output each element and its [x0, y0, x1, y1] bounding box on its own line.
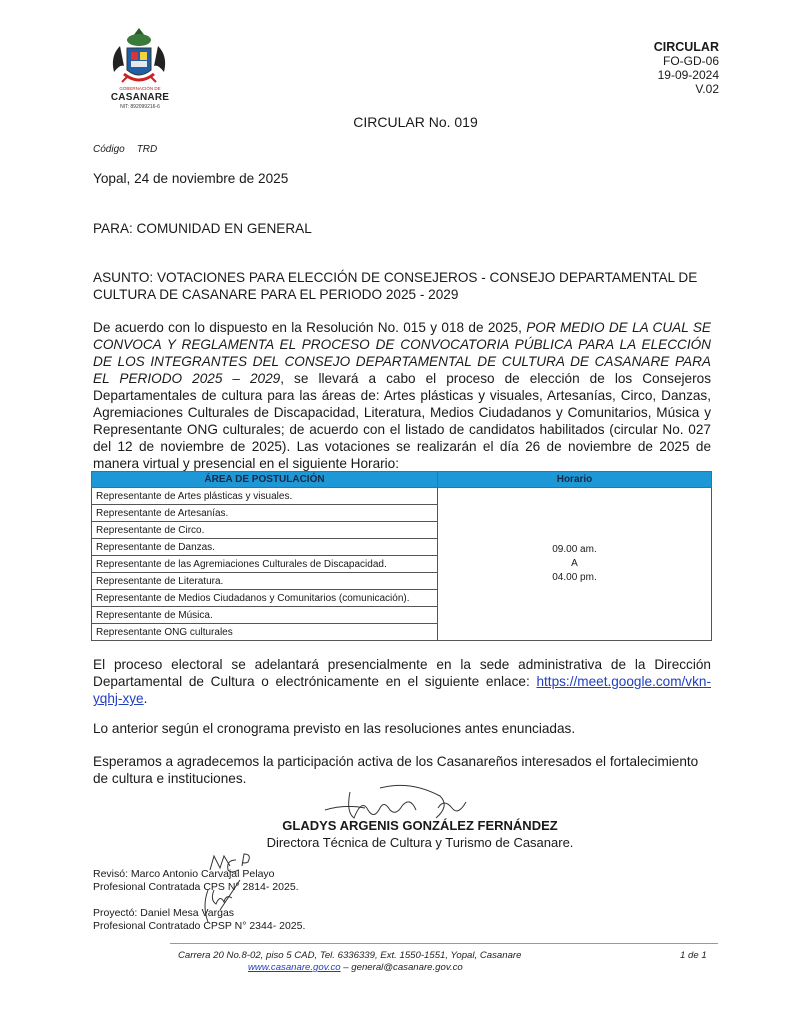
table-row: Representante de Artes plásticas y visua…: [92, 488, 712, 505]
projected-role: Profesional Contratado CPSP N° 2344- 202…: [93, 920, 305, 933]
horario-sep: A: [442, 557, 707, 571]
horario-end: 04.00 pm.: [442, 571, 707, 585]
reviewed-name: Revisó: Marco Antonio Carvajal Pelayo: [93, 868, 299, 881]
body1-lead: De acuerdo con lo dispuesto en la Resolu…: [93, 320, 526, 335]
area-cell: Representante de Artesanías.: [92, 505, 438, 522]
projected-by: Proyectó: Daniel Mesa Vargas Profesional…: [93, 907, 305, 933]
doc-date: 19-09-2024: [654, 68, 719, 82]
place-date: Yopal, 24 de noviembre de 2025: [93, 170, 711, 187]
header-area: ÁREA DE POSTULACIÓN: [92, 472, 438, 488]
website-link[interactable]: www.casanare.gov.co: [248, 962, 341, 973]
body1-rest: , se llevará a cabo el proceso de elecci…: [93, 371, 711, 471]
circular-number: CIRCULAR No. 019: [0, 114, 791, 130]
area-cell: Representante de las Agremiaciones Cultu…: [92, 556, 438, 573]
area-cell: Representante de Medios Ciudadanos y Com…: [92, 590, 438, 607]
doc-version: V.02: [654, 82, 719, 96]
codigo-trd: CódigoTRD: [93, 144, 169, 155]
logo-label-top: GOBERNACIÓN DE: [98, 86, 182, 91]
projected-name: Proyectó: Daniel Mesa Vargas: [93, 907, 305, 920]
body-paragraph-1: De acuerdo con lo dispuesto en la Resolu…: [93, 319, 711, 472]
document-header-info: CIRCULAR FO-GD-06 19-09-2024 V.02: [654, 40, 719, 96]
logo-nit: NIT: 892099216-6: [98, 104, 182, 110]
doc-type: CIRCULAR: [654, 40, 719, 54]
reviewed-by: Revisó: Marco Antonio Carvajal Pelayo Pr…: [93, 868, 299, 894]
footer-divider: [170, 943, 718, 944]
area-cell: Representante de Música.: [92, 607, 438, 624]
area-cell: Representante de Artes plásticas y visua…: [92, 488, 438, 505]
page-number: 1 de 1: [680, 950, 707, 961]
footer-email[interactable]: general@casanare.gov.co: [351, 962, 462, 973]
area-cell: Representante de Circo.: [92, 522, 438, 539]
body-paragraph-2: El proceso electoral se adelantará prese…: [93, 656, 711, 707]
doc-code: FO-GD-06: [654, 54, 719, 68]
footer-contact: www.casanare.gov.co – general@casanare.g…: [248, 962, 463, 973]
footer-sep: –: [341, 962, 352, 973]
recipient: PARA: COMUNIDAD EN GENERAL: [93, 220, 711, 237]
horario-start: 09.00 am.: [442, 543, 707, 557]
footer-address: Carrera 20 No.8-02, piso 5 CAD, Tel. 633…: [178, 950, 521, 961]
area-cell: Representante ONG culturales: [92, 624, 438, 641]
signer-title: Directora Técnica de Cultura y Turismo d…: [220, 835, 620, 850]
voting-schedule-table: ÁREA DE POSTULACIÓN Horario Representant…: [91, 471, 712, 641]
horario-cell: 09.00 am.A04.00 pm.: [438, 488, 712, 641]
area-cell: Representante de Danzas.: [92, 539, 438, 556]
body-paragraph-3: Lo anterior según el cronograma previsto…: [93, 720, 711, 737]
body2-end: .: [144, 691, 148, 706]
signer-name: GLADYS ARGENIS GONZÁLEZ FERNÁNDEZ: [240, 818, 600, 833]
header-horario: Horario: [438, 472, 712, 488]
subject: ASUNTO: VOTACIONES PARA ELECCIÓN DE CONS…: [93, 269, 711, 303]
codigo-value: TRD: [137, 144, 158, 155]
reviewed-role: Profesional Contratada CPS N° 2814- 2025…: [93, 881, 299, 894]
codigo-label: Código: [93, 144, 125, 155]
logo-label-main: CASANARE: [98, 92, 182, 103]
area-cell: Representante de Literatura.: [92, 573, 438, 590]
